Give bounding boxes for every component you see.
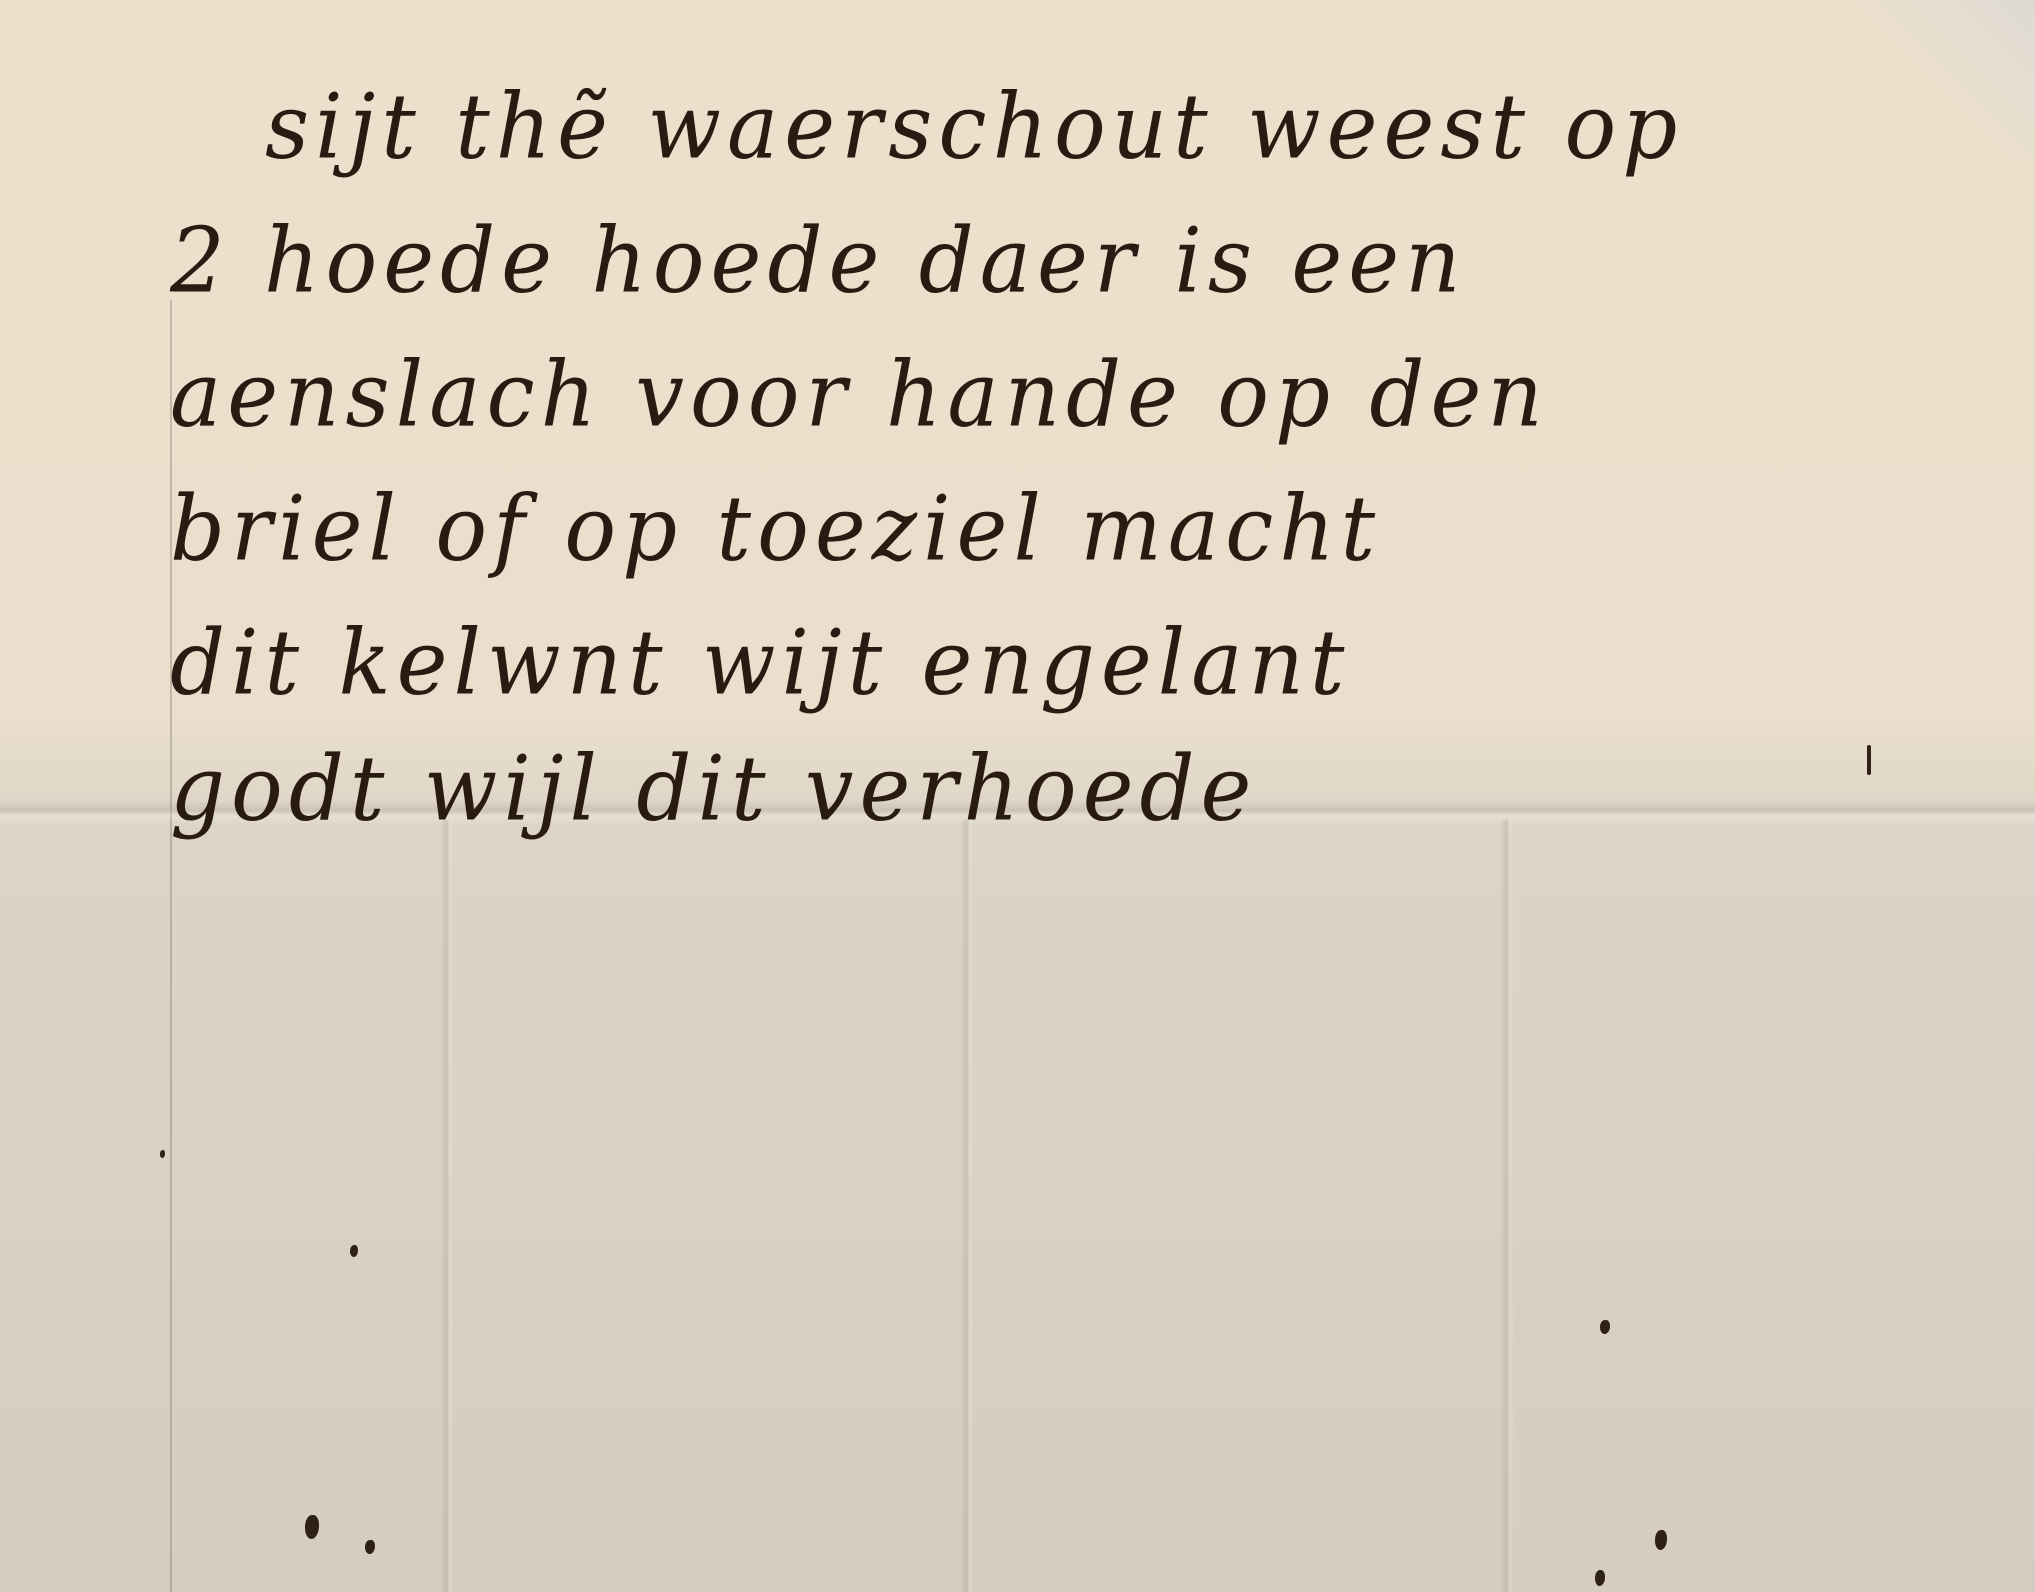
text-line-2: 2 hoede hoede daer is een <box>170 191 1970 332</box>
manuscript-page: sijt thẽ waerschout weest op 2 hoede hoe… <box>0 0 2035 1592</box>
ink-spot <box>365 1540 375 1554</box>
ink-spot <box>305 1515 319 1539</box>
text-line-4: briel of op toeziel macht <box>170 459 1970 600</box>
vertical-fold <box>1500 820 1514 1592</box>
text-line-6: godt wijl dit verhoede <box>170 719 1970 860</box>
ink-spot <box>160 1150 165 1158</box>
vertical-fold <box>960 820 974 1592</box>
ink-spot <box>1600 1320 1610 1334</box>
vertical-fold <box>440 820 454 1592</box>
ink-spot <box>1655 1530 1667 1550</box>
ink-spot <box>350 1245 358 1257</box>
text-line-3: aenslach voor hande op den <box>170 325 1970 466</box>
text-line-5: dit kelwnt wijt engelant <box>170 593 1970 734</box>
ink-spot <box>1595 1570 1605 1586</box>
text-line-1: sijt thẽ waerschout weest op <box>170 57 1970 198</box>
handwritten-text: sijt thẽ waerschout weest op 2 hoede hoe… <box>170 60 1970 856</box>
